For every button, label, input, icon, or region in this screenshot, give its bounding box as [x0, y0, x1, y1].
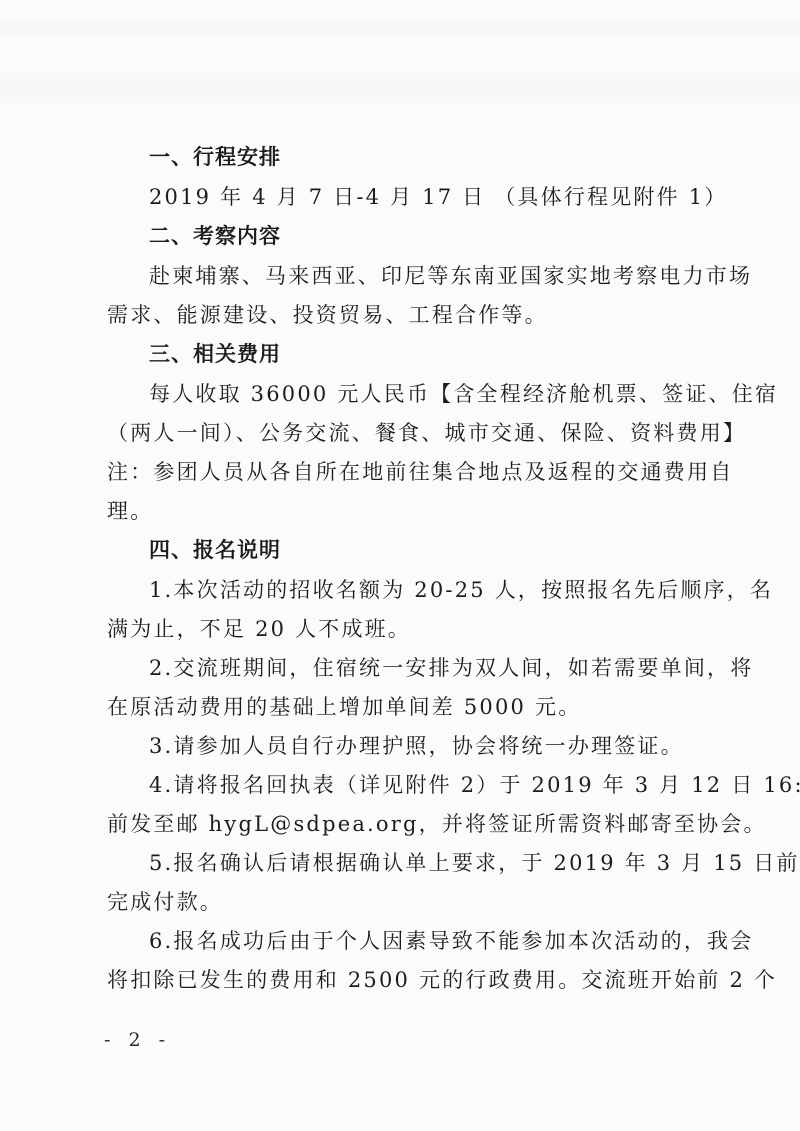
section-heading-itinerary: 一、行程安排 — [149, 142, 281, 172]
inspection-content-line-2: 需求、能源建设、投资贸易、工程合作等。 — [107, 300, 548, 330]
registration-item-2-line-1: 2.交流班期间，住宿统一安排为双人间，如若需要单间，将 — [149, 653, 697, 683]
registration-item-4-line-2: 前发至邮 hygL@sdpea.org，并将签证所需资料邮寄至协会。 — [107, 809, 767, 839]
registration-item-3: 3.请参加人员自行办理护照，协会将统一办理签证。 — [149, 731, 684, 761]
inspection-content-line-1: 赴柬埔寨、马来西亚、印尼等东南亚国家实地考察电力市场 — [149, 261, 697, 291]
fees-line-1: 每人收取 36000 元人民币【含全程经济舱机票、签证、住宿 — [149, 379, 697, 409]
registration-item-2-line-2: 在原活动费用的基础上增加单间差 5000 元。 — [107, 692, 581, 722]
fees-line-2: （两人一间）、公务交流、餐食、城市交通、保险、资料费用】 — [107, 418, 697, 448]
registration-item-5-line-1: 5.报名确认后请根据确认单上要求，于 2019 年 3 月 15 日前 — [149, 848, 697, 878]
registration-item-1-line-1: 1.本次活动的招收名额为 20-25 人，按照报名先后顺序，名 — [149, 575, 697, 605]
fees-note-line-1: 注：参团人员从各自所在地前往集合地点及返程的交通费用自 — [107, 457, 697, 487]
page-number: - 2 - — [104, 1029, 171, 1051]
scan-artifact — [0, 18, 800, 38]
registration-item-1-line-2: 满为止，不足 20 人不成班。 — [107, 614, 411, 644]
registration-item-6-line-1: 6.报名成功后由于个人因素导致不能参加本次活动的，我会 — [149, 926, 697, 956]
section-heading-inspection-content: 二、考察内容 — [149, 221, 281, 251]
registration-item-5-line-2: 完成付款。 — [107, 887, 223, 917]
itinerary-dates: 2019 年 4 月 7 日-4 月 17 日 （具体行程见附件 1） — [149, 182, 727, 212]
section-heading-registration: 四、报名说明 — [149, 535, 281, 565]
scan-artifact — [0, 68, 800, 108]
registration-item-6-line-2: 将扣除已发生的费用和 2500 元的行政费用。交流班开始前 2 个 — [107, 965, 697, 995]
registration-item-4-line-1: 4.请将报名回执表（详见附件 2）于 2019 年 3 月 12 日 16:00 — [149, 770, 697, 800]
section-heading-fees: 三、相关费用 — [149, 339, 281, 369]
fees-note-line-2: 理。 — [107, 496, 153, 526]
